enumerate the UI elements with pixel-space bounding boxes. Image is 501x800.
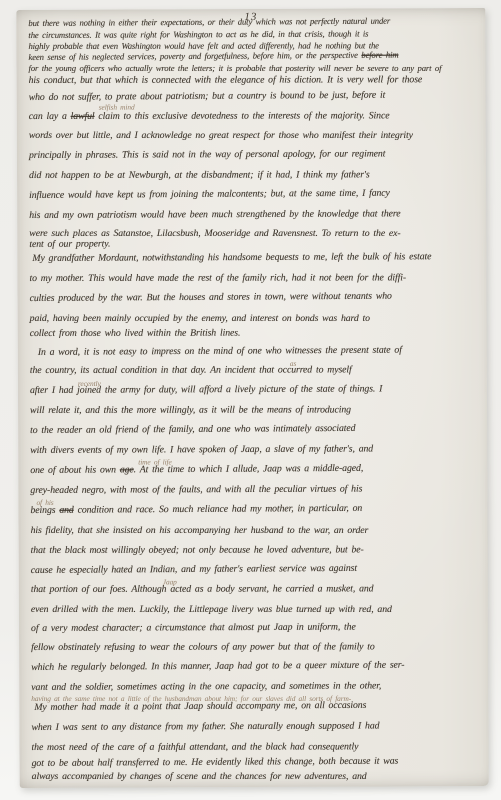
manuscript-line: beings and condition and race. So much r… <box>30 503 362 516</box>
manuscript-line: were such places as Satanstoe, Lilacsbus… <box>29 228 400 239</box>
manuscript-line: words over but little, and I acknowledge… <box>29 130 413 141</box>
manuscript-line: principally in phrases. This is said not… <box>29 148 385 161</box>
manuscript-line: culties produced by the war. But the hou… <box>30 291 392 304</box>
photo-backdrop: 13 but there was nothing in either their… <box>0 0 501 800</box>
manuscript-line: did not happen to be at Newburgh, at the… <box>29 169 370 181</box>
manuscript-line: paid, having been mainly occupied by the… <box>30 313 370 324</box>
manuscript-line: keen sense of his neglected services, po… <box>28 50 398 62</box>
manuscript-line: of a very modest character; a circumstan… <box>31 622 356 634</box>
manuscript-line: will relate it, and this the more willin… <box>30 404 351 416</box>
manuscript-line: My grandfather Mordaunt, notwithstanding… <box>32 251 431 264</box>
manuscript-line: to my mother. This would have made the r… <box>29 272 406 284</box>
manuscript-line: My mother had made it a point that Jaap … <box>34 700 366 713</box>
manuscript-line: grey-headed negro, with most of the faul… <box>30 484 362 496</box>
manuscript-line: influence would have kept us from joinin… <box>29 188 390 201</box>
manuscript-text-layer: but there was nothing in either their ex… <box>16 8 488 788</box>
manuscript-line: got to be about half transferred to me. … <box>32 756 399 769</box>
manuscript-line: when I was sent to any distance from my … <box>31 720 379 733</box>
manuscript-line: but there was nothing in either their ex… <box>28 16 390 28</box>
manuscript-line: after I had joined the army for duty, wi… <box>30 383 382 396</box>
manuscript-line: his and my own patriotism would have bee… <box>29 208 400 221</box>
manuscript-line: cause he especially hated an Indian, and… <box>31 563 357 576</box>
manuscript-line: the country, its actual condition in tha… <box>30 364 352 376</box>
manuscript-line: one of about his own age. At the time to… <box>30 463 363 476</box>
paper-sheet: 13 but there was nothing in either their… <box>16 8 488 788</box>
manuscript-line: that portion of our foes. Although acted… <box>31 583 374 595</box>
manuscript-line: his conduct, but that which is connected… <box>29 74 423 86</box>
manuscript-line: which he regularly belonged. In this man… <box>31 660 404 673</box>
manuscript-line: that the black most willingly obeyed; no… <box>31 544 364 556</box>
manuscript-line: who do not suffer, to prate about patrio… <box>29 90 386 103</box>
manuscript-line: the most need of the care of a faithful … <box>32 741 359 753</box>
manuscript-line: fellow obstinately refusing to wear the … <box>31 641 375 653</box>
manuscript-line: In a word, it is not easy to impress on … <box>38 345 402 358</box>
manuscript-line: can lay a lawful claim to this exclusive… <box>29 110 390 122</box>
manuscript-line: vant and the soldier, sometimes acting i… <box>31 680 381 693</box>
manuscript-line: to the reader an old friend of the famil… <box>30 423 355 436</box>
manuscript-line: his fidelity, that she insisted on his a… <box>31 525 369 536</box>
manuscript-line: tent of our property. <box>29 238 110 250</box>
manuscript-line: with divers events of my own life. I hav… <box>30 443 373 455</box>
manuscript-line: collect from those who lived within the … <box>30 328 241 339</box>
manuscript-line: for the young officers who actually wrot… <box>29 63 442 73</box>
manuscript-line: even drilled with the men. Luckily, the … <box>31 604 392 615</box>
manuscript-line: always accompanied by changes of scene a… <box>32 771 367 782</box>
manuscript-line: the circumstances. It was quite right fo… <box>28 28 368 39</box>
